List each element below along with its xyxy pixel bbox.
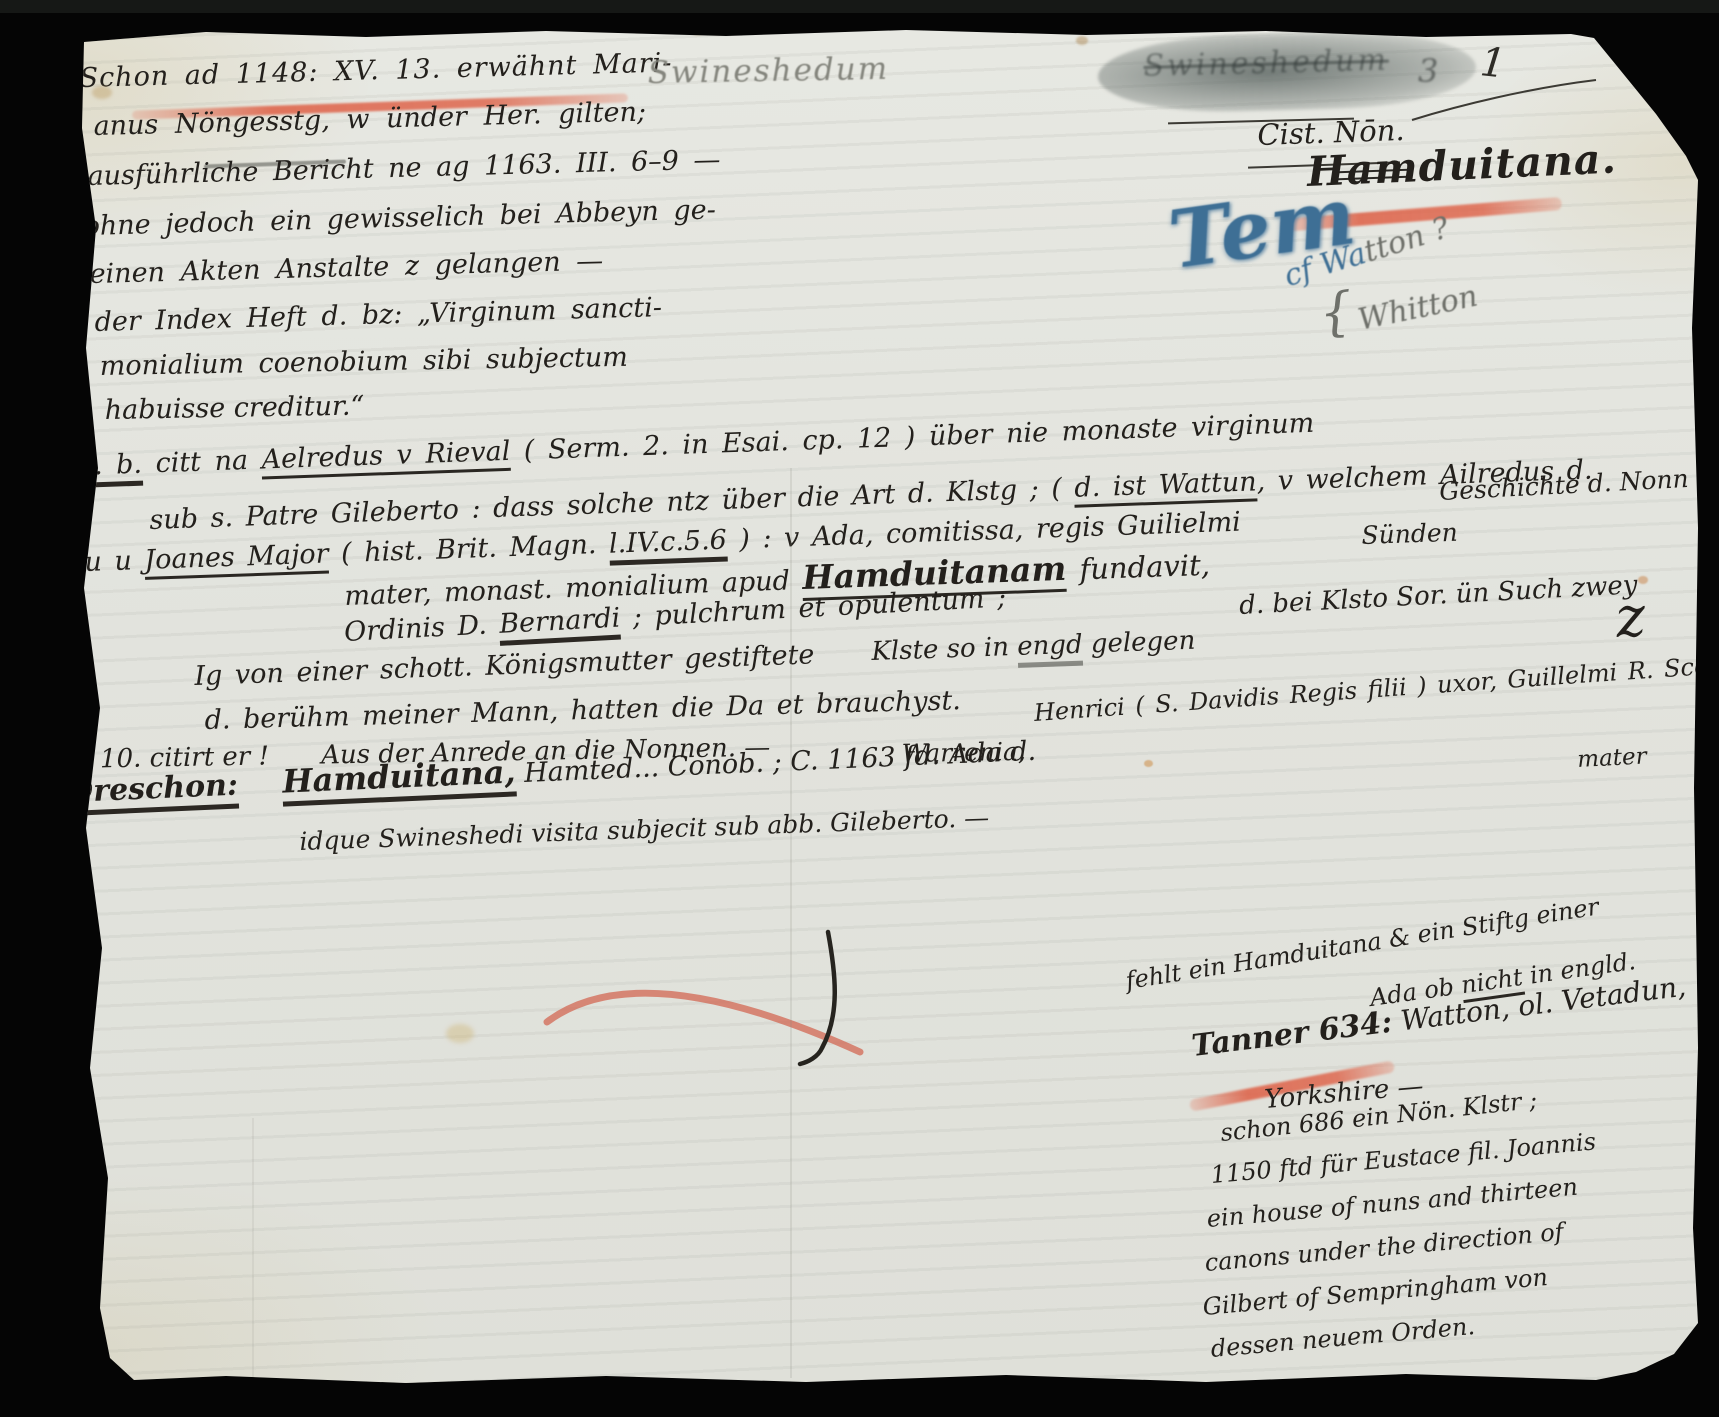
body-fragment-klste: Klste so in engd gelegen xyxy=(871,627,1196,667)
body-text: u u xyxy=(84,545,145,578)
wattun-name: d. ist Wattun xyxy=(1074,466,1257,507)
body-line-meiner-mann: d. berühm meiner Mann, hatten die Da et … xyxy=(204,686,961,735)
pencil-annotation-swineshedum: Swineshedum xyxy=(647,52,889,90)
body-text: Klste so in xyxy=(871,632,1018,667)
inserted-word-suenden: Sünden xyxy=(1361,519,1458,550)
body-text: fundavit, xyxy=(1066,548,1211,587)
body-text: gelegen xyxy=(1090,626,1195,660)
note-line-7: monialium coenobium sibi subjectum xyxy=(99,343,628,382)
scanned-manuscript-page: Schon ad 1148: XV. 13. erwähnt Mari- anu… xyxy=(0,0,1719,1417)
paper-stain-3 xyxy=(446,1024,474,1043)
note-line-2: anus Nöngesstg, w ünder Her. gilten; xyxy=(93,98,646,142)
body-fragment-klsto: d. bei Klsto Sor. ün Such zwey xyxy=(1239,571,1639,620)
joanes-major-name: Joanes Major xyxy=(144,538,329,579)
red-crayon-arc xyxy=(547,993,860,1052)
mater-word: mater xyxy=(1577,744,1648,773)
erased-title: Swineshedum xyxy=(1143,44,1389,83)
swineshedi-line: idque Swineshedi visita subjecit sub abb… xyxy=(299,804,990,856)
note-line-3: ausführliche Bericht ne ag 1163. III. 6–… xyxy=(87,145,721,191)
body-text: Ordinis D. xyxy=(343,609,500,648)
note-line-1: Schon ad 1148: XV. 13. erwähnt Mari- xyxy=(79,48,673,93)
henrici-line: Henrici ( S. Davidis Regis filii ) uxor,… xyxy=(1033,650,1719,727)
paper-stain-2 xyxy=(1076,36,1088,45)
pencil-brace: { xyxy=(1317,283,1355,343)
marginal-ref-it-b: it. b. xyxy=(74,449,143,488)
paper-stain-5 xyxy=(1638,576,1648,584)
note-line-4: ohne jedoch ein gewisselich bei Abbeyn g… xyxy=(83,195,716,241)
body-line-koenigsmutter: Ig von einer schott. Königsmutter gestif… xyxy=(194,640,815,691)
body-text: citt na xyxy=(141,444,262,479)
engd-underlined: engd xyxy=(1017,630,1084,668)
aelredus-name: Aelredus v Rieval xyxy=(261,436,511,480)
bernardi-name: Bernardi xyxy=(498,603,621,646)
erased-number: 3 xyxy=(1418,54,1438,89)
hamduitana-cited: Hamduitana, xyxy=(282,752,517,806)
book-chapter-ref: l.IV.c.5.6 xyxy=(608,525,727,566)
note-line-5: einen Akten Anstalte z gelangen — xyxy=(89,247,603,290)
manuscript-paper: Schon ad 1148: XV. 13. erwähnt Mari- anu… xyxy=(26,28,1698,1394)
page-number: 1 xyxy=(1478,40,1508,86)
dreschon-source: Dreschon: xyxy=(67,768,239,816)
paper-stain-4 xyxy=(92,86,112,99)
bottom-line-orden: dessen neuem Orden. xyxy=(1210,1313,1476,1362)
page-title: Hamduitana. xyxy=(1306,137,1618,196)
ink-hook-stroke xyxy=(800,932,835,1064)
body-text: über nie monaste virginum xyxy=(928,408,1314,452)
flourish-z: z xyxy=(1614,586,1648,650)
paper-stain-1 xyxy=(690,24,706,35)
sermon-citation: ( Serm. 2. in Esai. cp. 12 ) xyxy=(510,421,930,467)
note-line-8: habuisse creditur.“ xyxy=(104,391,364,425)
paper-fold-line-center xyxy=(790,468,792,1378)
note-line-6: der Index Heft d. bz: „Virginum sancti- xyxy=(94,293,662,338)
whitton-annotation: Whitton xyxy=(1355,280,1480,337)
paper-fold-line-left xyxy=(252,1118,254,1380)
paper-stain-6 xyxy=(1144,760,1153,767)
tanner-reference: Tanner 634: xyxy=(1190,1005,1394,1064)
body-text: ( hist. Brit. Magn. xyxy=(328,529,609,570)
scanner-top-strip xyxy=(0,0,1719,13)
